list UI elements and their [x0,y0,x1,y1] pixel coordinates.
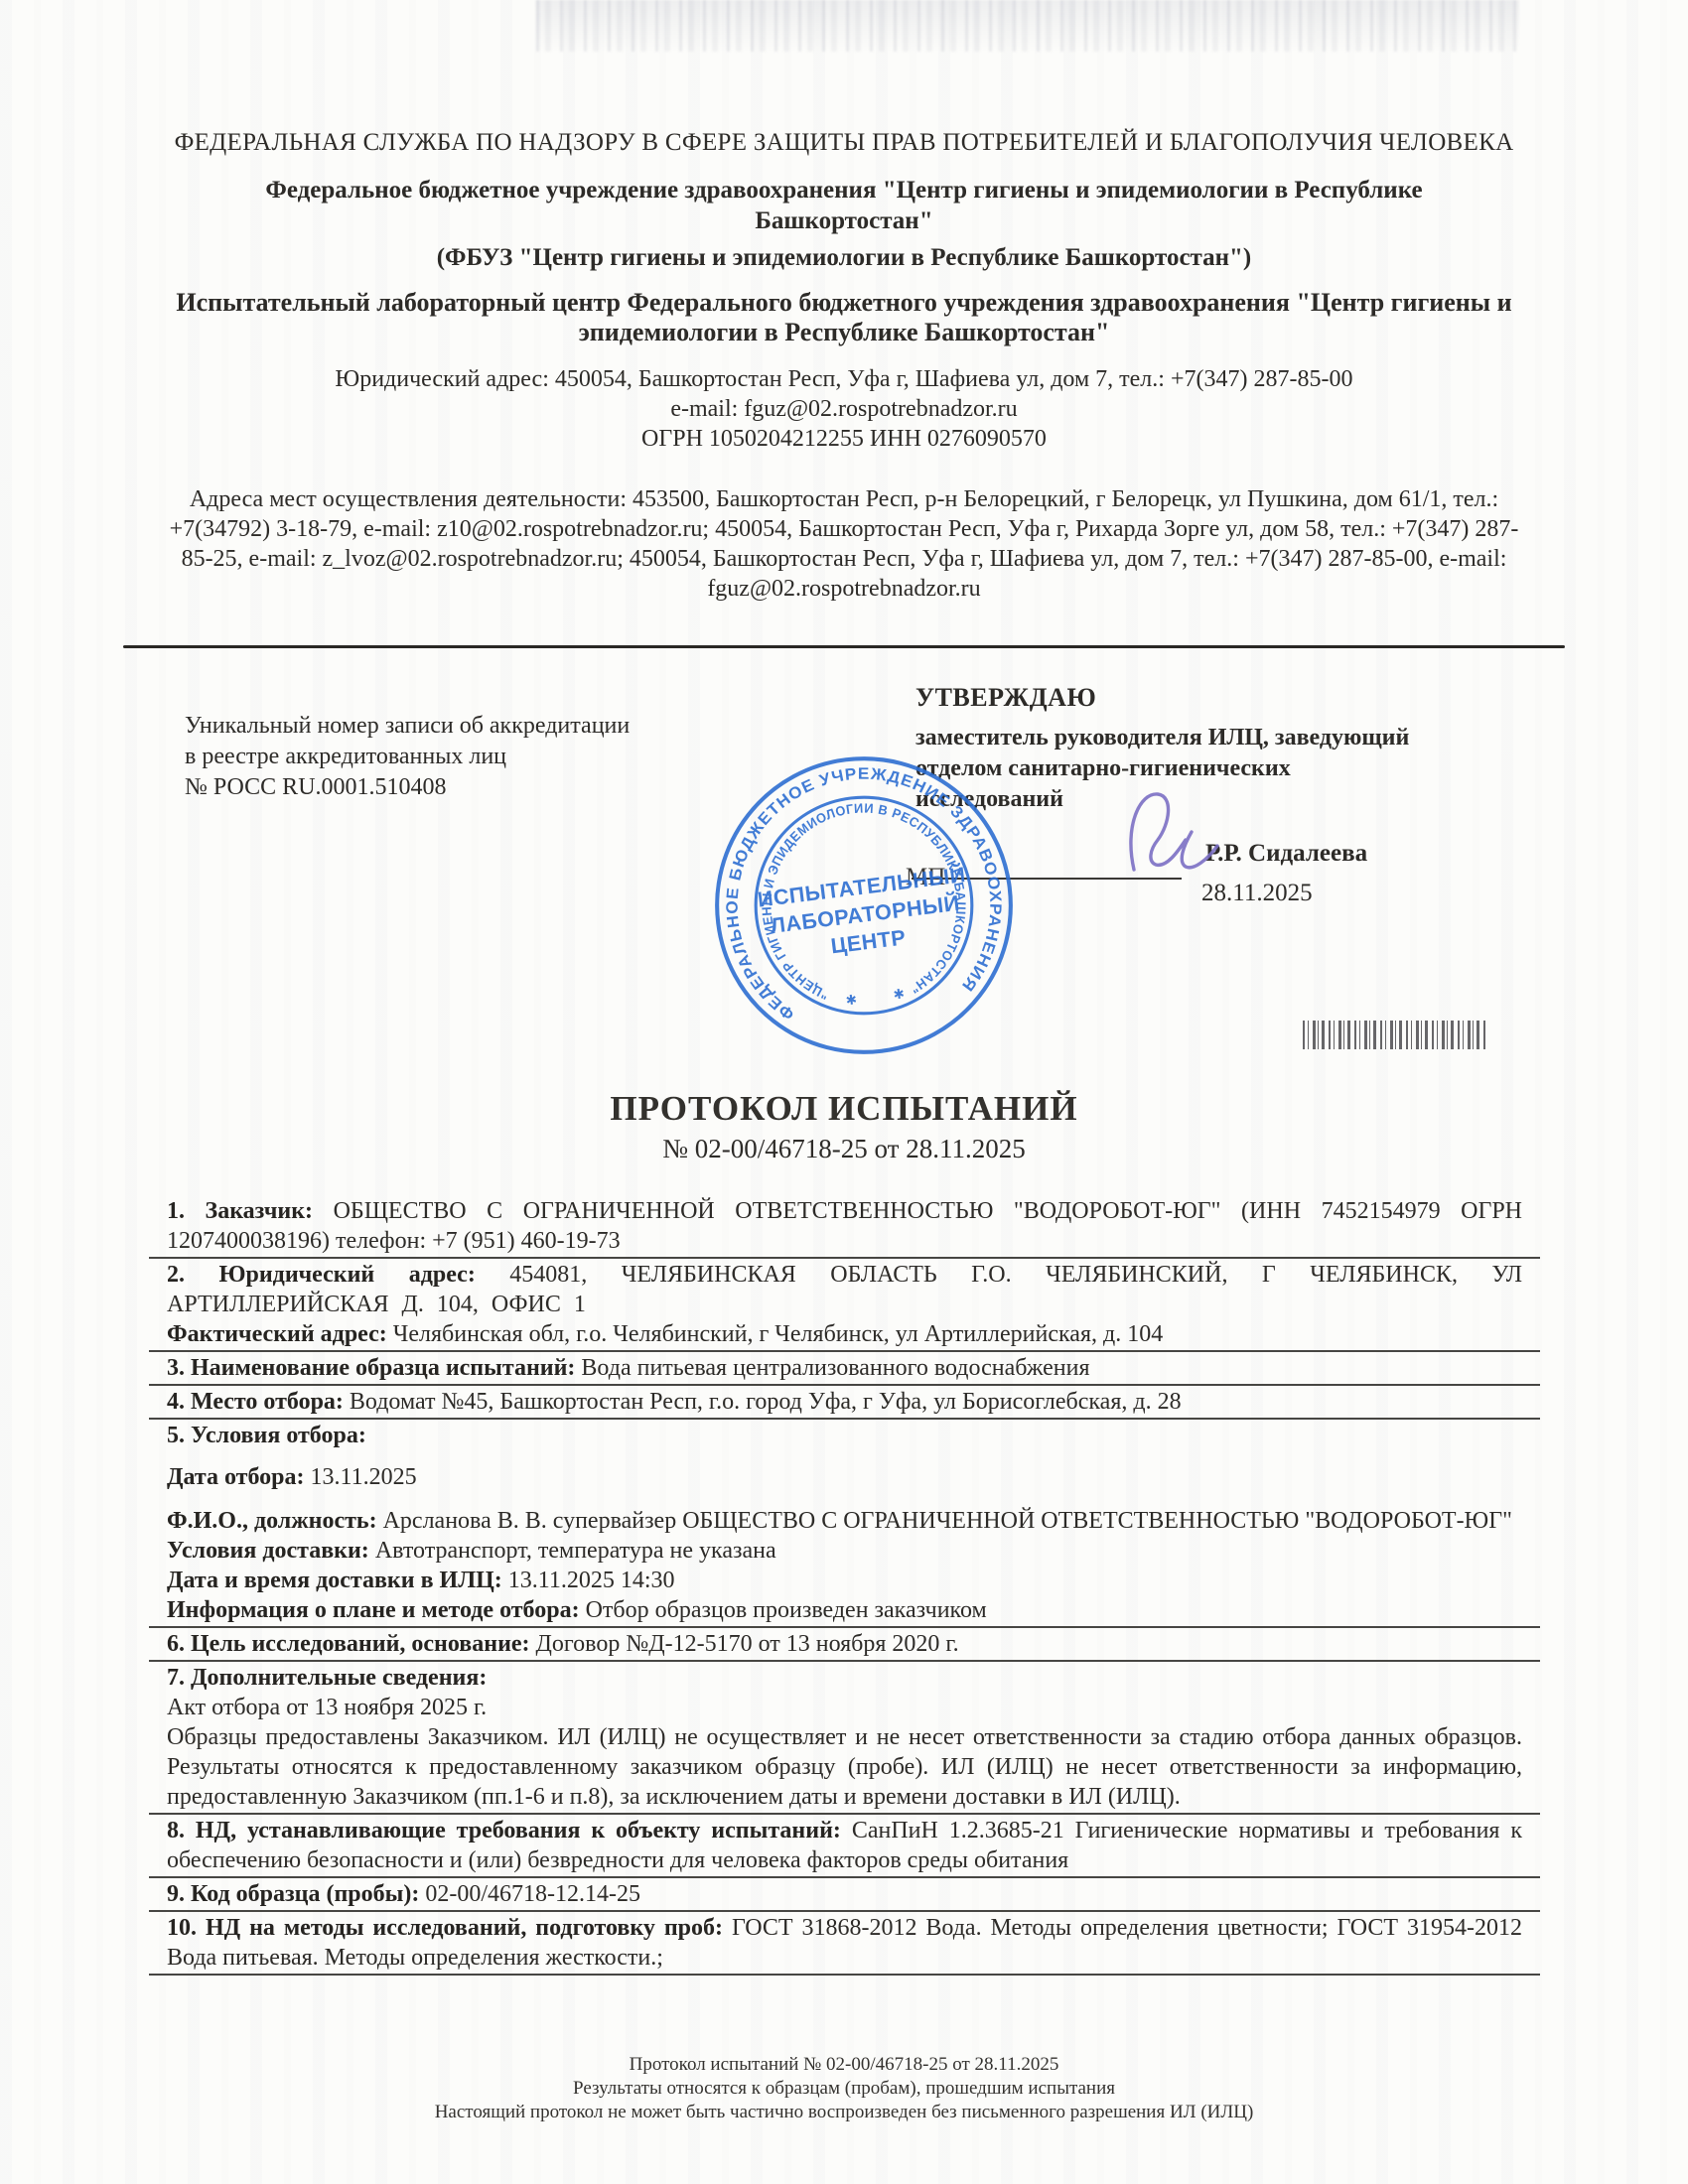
title-block: ПРОТОКОЛ ИСПЫТАНИЙ № 02-00/46718-25 от 2… [0,1088,1688,1165]
legal-address: Юридический адрес: 450054, Башкортостан … [0,364,1688,394]
section-legal-address-label: 2. Юридический адрес: [167,1262,476,1288]
organization-full-name: Федеральное бюджетное учреждение здравоо… [184,175,1504,236]
organization-short-name: (ФБУЗ "Центр гигиены и эпидемиологии в Р… [0,243,1688,273]
section-separator [149,1660,1540,1662]
accreditation-number: № РОСС RU.0001.510408 [185,772,661,803]
section-sampling-place-label: 4. Место отбора: [167,1389,344,1415]
accreditation-line: в реестре аккредитованных лиц [185,742,661,772]
ogrn-inn-line: ОГРН 1050204212255 ИНН 0276090570 [0,424,1688,454]
signature-icon [1120,782,1234,882]
section-sample-name-label: 3. Наименование образца испытаний: [167,1355,575,1381]
lab-center-name: Испытательный лабораторный центр Федерал… [164,288,1524,347]
section-actual-address-label: Фактический адрес: [167,1321,387,1347]
section-purpose: 6. Цель исследований, основание: Договор… [167,1629,1522,1659]
document-footer: Протокол испытаний № 02-00/46718-25 от 2… [0,2053,1688,2124]
protocol-document-page: ФЕДЕРАЛЬНАЯ СЛУЖБА ПО НАДЗОРУ В СФЕРЕ ЗА… [0,0,1688,2184]
section-sampling-conditions: 5. Условия отбора: [167,1421,1522,1450]
approval-title: УТВЕРЖДАЮ [915,681,1412,715]
sampling-date-row: Дата отбора: 13.11.2025 [167,1462,1522,1492]
footer-results-note: Результаты относятся к образцам (пробам)… [0,2077,1688,2101]
section-separator [149,1384,1540,1386]
footer-protocol-number: Протокол испытаний № 02-00/46718-25 от 2… [0,2053,1688,2077]
document-header: ФЕДЕРАЛЬНАЯ СЛУЖБА ПО НАДЗОРУ В СФЕРЕ ЗА… [0,127,1688,604]
sampling-act-line: Акт отбора от 13 ноября 2025 г. [167,1693,1522,1722]
stamp-star-icon: ✱ [893,986,906,1002]
email-line: e-mail: fguz@02.rospotrebnadzor.ru [0,394,1688,424]
accreditation-line: Уникальный номер записи об аккредитации [185,711,661,742]
section-legal-address: 2. Юридический адрес: 454081, ЧЕЛЯБИНСКА… [167,1260,1522,1319]
header-divider [123,645,1565,648]
section-customer: 1. Заказчик: ОБЩЕСТВО С ОГРАНИЧЕННОЙ ОТВ… [167,1196,1522,1256]
section-sample-name: 3. Наименование образца испытаний: Вода … [167,1353,1522,1383]
stamp-star-icon: ✱ [845,992,858,1008]
footer-copy-note: Настоящий протокол не может быть частичн… [0,2101,1688,2124]
section-requirements: 8. НД, устанавливающие требования к объе… [167,1816,1522,1875]
document-number: № 02-00/46718-25 от 28.11.2025 [0,1132,1688,1165]
scan-artifact [536,0,1519,52]
document-title: ПРОТОКОЛ ИСПЫТАНИЙ [0,1088,1688,1130]
delivery-datetime-row: Дата и время доставки в ИЛЦ: 13.11.2025 … [167,1566,1522,1595]
round-stamp-icon: ФЕДЕРАЛЬНОЕ БЮДЖЕТНОЕ УЧРЕЖДЕНИЕ ЗДРАВОО… [693,735,1034,1075]
section-actual-address: Фактический адрес: Челябинская обл, г.о.… [167,1319,1522,1349]
section-customer-label: 1. Заказчик: [167,1198,313,1224]
section-separator [149,1910,1540,1912]
section-methods: 10. НД на методы исследований, подготовк… [167,1913,1522,1973]
section-sample-code: 9. Код образца (пробы): 02-00/46718-12.1… [167,1879,1522,1909]
section-separator [149,1876,1540,1878]
section-separator [149,1418,1540,1420]
accreditation-block: Уникальный номер записи об аккредитации … [185,711,661,803]
section-separator [149,1350,1540,1352]
section-sampling-place: 4. Место отбора: Водомат №45, Башкортост… [167,1387,1522,1417]
sections-body: 1. Заказчик: ОБЩЕСТВО С ОГРАНИЧЕННОЙ ОТВ… [167,1196,1522,1977]
approval-date: 28.11.2025 [1201,880,1313,907]
disclaimer-text: Образцы предоставлены Заказчиком. ИЛ (ИЛ… [167,1722,1522,1812]
section-additional-info: 7. Дополнительные сведения: [167,1663,1522,1693]
sampler-fio-row: Ф.И.О., должность: Арсланова В. В. супер… [167,1506,1522,1536]
activity-addresses: Адреса мест осуществления деятельности: … [154,484,1534,604]
section-separator [149,1626,1540,1628]
section-separator [149,1974,1540,1976]
delivery-conditions-row: Условия доставки: Автотранспорт, темпера… [167,1536,1522,1566]
sampling-plan-row: Информация о плане и методе отбора: Отбо… [167,1595,1522,1625]
agency-name: ФЕДЕРАЛЬНАЯ СЛУЖБА ПО НАДЗОРУ В СФЕРЕ ЗА… [149,127,1539,158]
section-separator [149,1813,1540,1815]
section-separator [149,1257,1540,1259]
barcode-icon [1303,1021,1485,1049]
stamp-center-line: ЦЕНТР [829,924,907,958]
